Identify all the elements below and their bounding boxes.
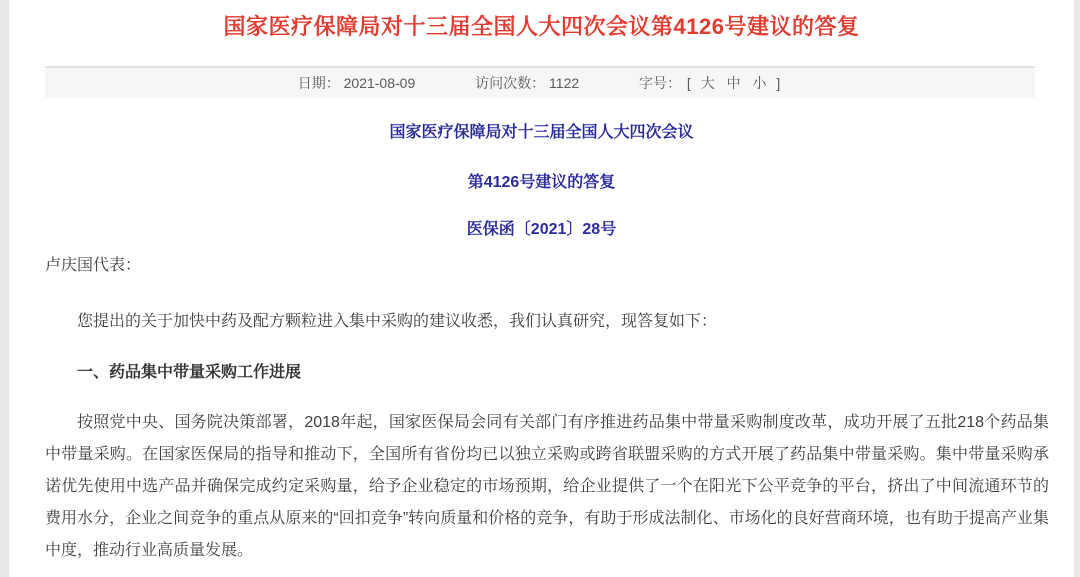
font-size-option-large[interactable]: 大 — [701, 68, 715, 98]
document-page: 国家医疗保障局对十三届全国人大四次会议第4126号建议的答复 日期： 2021-… — [9, 0, 1074, 577]
font-size-option-small[interactable]: 小 — [752, 68, 766, 98]
font-size-label: 字号： — [639, 75, 681, 91]
date-item: 日期： 2021-08-09 — [298, 68, 416, 98]
font-size-bracket-open: [ — [687, 75, 691, 91]
meta-bar: 日期： 2021-08-09 访问次数： 1122 字号： [ 大 中 小 ] — [45, 66, 1035, 98]
article-title: 国家医疗保障局对十三届全国人大四次会议第4126号建议的答复 — [9, 0, 1074, 40]
doc-heading-line2: 第4126号建议的答复 — [9, 172, 1074, 194]
section1-paragraph: 按照党中央、国务院决策部署，2018年起，国家医保局会同有关部门有序推进药品集中… — [45, 407, 1049, 567]
date-label: 日期： — [298, 75, 340, 91]
salutation: 卢庆国代表： — [45, 255, 1049, 277]
visits-item: 访问次数： 1122 — [475, 68, 579, 98]
section1-title: 一、药品集中带量采购工作进展 — [45, 362, 1049, 384]
intro-paragraph: 您提出的关于加快中药及配方颗粒进入集中采购的建议收悉，我们认真研究，现答复如下： — [45, 311, 1049, 333]
visits-label: 访问次数： — [475, 75, 545, 91]
date-value: 2021-08-09 — [344, 75, 416, 91]
font-size-option-medium[interactable]: 中 — [727, 68, 741, 98]
doc-number: 医保函〔2021〕28号 — [9, 219, 1074, 241]
font-size-switcher: 字号： [ 大 中 小 ] — [639, 68, 782, 98]
font-size-bracket-close: ] — [776, 75, 780, 91]
visits-value: 1122 — [549, 75, 579, 91]
doc-heading-line1: 国家医疗保障局对十三届全国人大四次会议 — [9, 122, 1074, 144]
